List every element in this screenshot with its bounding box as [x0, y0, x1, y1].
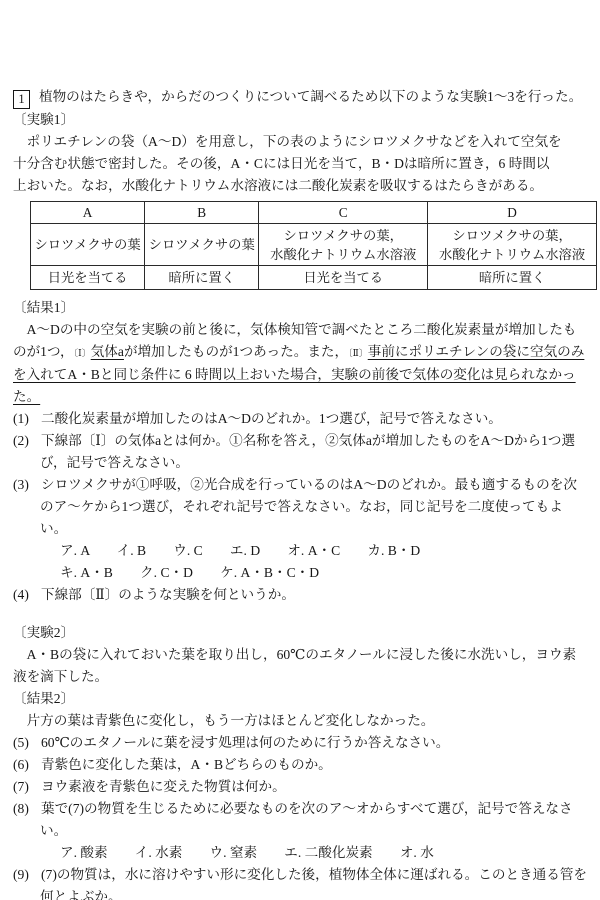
table-contents-a: シロツメクサの葉 [31, 224, 145, 266]
section-gap [13, 606, 587, 622]
experiment-conditions-table: A B C D シロツメクサの葉 シロツメクサの葉 シロツメクサの葉， 水酸化ナ… [30, 201, 597, 290]
question-5: (5)60℃のエタノールに葉を浸す処理は何のために行うか答えなさい。 [13, 732, 587, 754]
result1-heading: 〔結果1〕 [13, 297, 587, 319]
question-2-text: 下線部〔Ⅰ〕の気体aとは何か。①名称を答え，②気体aが増加したものをA～Dから1… [40, 433, 575, 470]
question-6: (6)青紫色に変化した葉は，A・Bどちらのものか。 [13, 754, 587, 776]
question-1: (1)二酸化炭素量が増加したのはA～Dのどれか。1つ選び，記号で答えなさい。 [13, 408, 587, 430]
experiment2-heading: 〔実験2〕 [13, 622, 587, 644]
question-9: (9)(7)の物質は，水に溶けやすい形に変化した後，植物体全体に運ばれる。このと… [13, 864, 587, 900]
question-7-text: ヨウ素液を青紫色に変えた物質は何か。 [41, 779, 286, 794]
exam-page: 1植物のはたらきや，からだのつくりについて調べるため以下のような実験1～3を行っ… [0, 0, 600, 900]
question-8-text: 葉で(7)の物質を生じるために必要なものを次のア～オからすべて選び，記号で答えな… [40, 801, 573, 838]
table-condition-d: 暗所に置く [428, 266, 597, 290]
table-conditions-row: 日光を当てる 暗所に置く 日光を当てる 暗所に置く [31, 266, 597, 290]
question-6-number: (6) [13, 754, 32, 776]
question-8-options-line: ア. 酸素 イ. 水素 ウ. 窒素 エ. 二酸化炭素 オ. 水 [13, 842, 587, 864]
table-contents-b: シロツメクサの葉 [145, 224, 259, 266]
question-2-number: (2) [13, 430, 32, 452]
question-6-text: 青紫色に変化した葉は，A・Bどちらのものか。 [41, 757, 332, 772]
result2-heading: 〔結果2〕 [13, 688, 587, 710]
question-9-text: (7)の物質は，水に溶けやすい形に変化した後，植物体全体に運ばれる。このとき通る… [40, 867, 587, 900]
result2-paragraph: 片方の葉は青紫色に変化し，もう一方はほとんど変化しなかった。 [13, 710, 587, 732]
experiment1-heading: 〔実験1〕 [13, 109, 587, 131]
experiment1-line-1: ポリエチレンの袋（A～D）を用意し，下の表のようにシロツメクサなどを入れて空気を [13, 131, 587, 153]
experiment1-line-2: 十分含む状態で密封した。その後，A・Cには日光を当て，B・Dは暗所に置き，6 時… [13, 153, 587, 175]
table-header-b: B [145, 202, 259, 224]
question-4-text: 下線部〔Ⅱ〕のような実験を何というか。 [41, 587, 295, 602]
question-1-number: (1) [13, 408, 32, 430]
problem-number-box: 1 [13, 90, 30, 109]
result1-paragraph: A～Dの中の空気を実験の前と後に，気体検知管で調べたところ二酸化炭素量が増加した… [13, 319, 587, 408]
problem-header: 1植物のはたらきや，からだのつくりについて調べるため以下のような実験1～3を行っ… [13, 86, 587, 109]
question-8: (8)葉で(7)の物質を生じるために必要なものを次のア～オからすべて選び，記号で… [13, 798, 587, 842]
question-8-number: (8) [13, 798, 32, 820]
problem-intro: 植物のはたらきや，からだのつくりについて調べるため以下のような実験1～3を行った… [39, 89, 582, 104]
question-5-number: (5) [13, 732, 32, 754]
table-header-a: A [31, 202, 145, 224]
underlined-gas-a: 気体a [91, 344, 124, 359]
question-3-number: (3) [13, 474, 32, 496]
experiment2-paragraph: A・Bの袋に入れておいた葉を取り出し，60℃のエタノールに浸した後に水洗いし，ヨ… [13, 644, 587, 688]
question-7-number: (7) [13, 776, 32, 798]
question-3-options-line-2: キ. A・B ク. C・D ケ. A・B・C・D [13, 562, 587, 584]
question-5-text: 60℃のエタノールに葉を浸す処理は何のために行うか答えなさい。 [41, 735, 449, 750]
question-9-number: (9) [13, 864, 32, 886]
table-condition-c: 日光を当てる [259, 266, 428, 290]
marker-I: 〔Ⅰ〕 [74, 348, 91, 358]
table-header-d: D [428, 202, 597, 224]
experiment1-line-3: 上おいた。なお，水酸化ナトリウム水溶液には二酸化炭素を吸収するはたらきがある。 [13, 175, 587, 197]
table-condition-a: 日光を当てる [31, 266, 145, 290]
question-3: (3)シロツメクサが①呼吸，②光合成を行っているのはA～Dのどれか。最も適するも… [13, 474, 587, 540]
result1-segment: が増加したものが1つあった。また， [124, 344, 348, 359]
question-2: (2)下線部〔Ⅰ〕の気体aとは何か。①名称を答え，②気体aが増加したものをA～D… [13, 430, 587, 474]
question-7: (7)ヨウ素液を青紫色に変えた物質は何か。 [13, 776, 587, 798]
table-condition-b: 暗所に置く [145, 266, 259, 290]
question-4: (4)下線部〔Ⅱ〕のような実験を何というか。 [13, 584, 587, 606]
table-contents-row: シロツメクサの葉 シロツメクサの葉 シロツメクサの葉， 水酸化ナトリウム水溶液 … [31, 224, 597, 266]
marker-II: 〔Ⅱ〕 [348, 348, 368, 358]
question-1-text: 二酸化炭素量が増加したのはA～Dのどれか。1つ選び，記号で答えなさい。 [41, 411, 502, 426]
table-header-row: A B C D [31, 202, 597, 224]
question-4-number: (4) [13, 584, 32, 606]
table-contents-c: シロツメクサの葉， 水酸化ナトリウム水溶液 [259, 224, 428, 266]
question-3-options-line-1: ア. A イ. B ウ. C エ. D オ. A・C カ. B・D [13, 540, 587, 562]
question-3-text: シロツメクサが①呼吸，②光合成を行っているのはA～Dのどれか。最も適するものを次… [40, 477, 577, 536]
table-contents-d: シロツメクサの葉， 水酸化ナトリウム水溶液 [428, 224, 597, 266]
table-header-c: C [259, 202, 428, 224]
